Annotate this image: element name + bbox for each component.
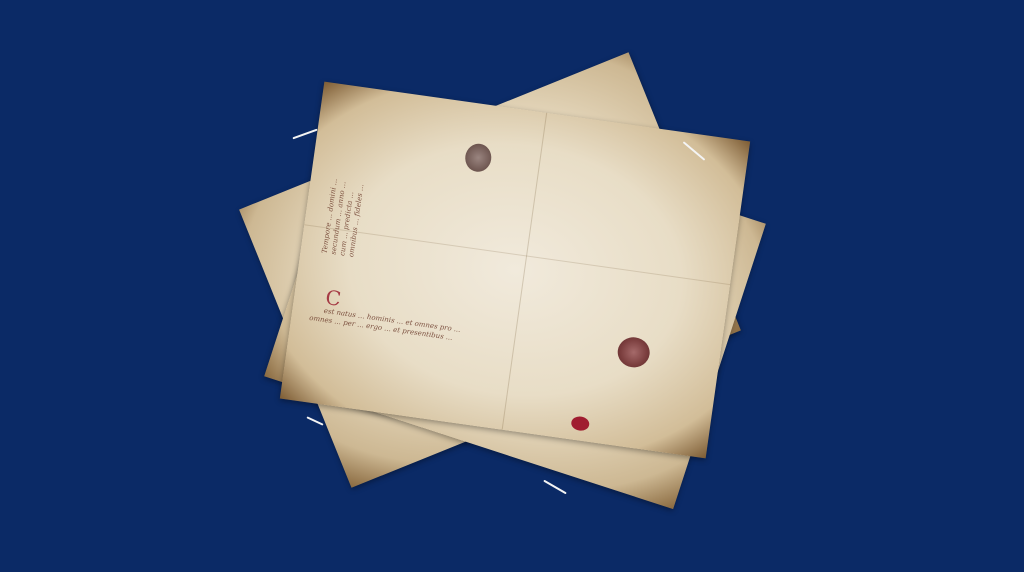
photo-scene: Tempore ... domini ... secundum ... anno…	[0, 0, 1024, 572]
loose-string	[306, 416, 323, 425]
fold-line-horizontal	[304, 224, 730, 285]
loose-string	[292, 129, 317, 140]
wax-seal-grey	[463, 142, 493, 173]
bottom-handwriting-text: est natus ... hominis ... et omnes pro .…	[309, 307, 461, 342]
fold-line-vertical	[501, 113, 547, 430]
wax-seal-small-red	[570, 415, 590, 431]
loose-string	[543, 480, 567, 495]
manuscript-page-front: Tempore ... domini ... secundum ... anno…	[280, 82, 750, 459]
